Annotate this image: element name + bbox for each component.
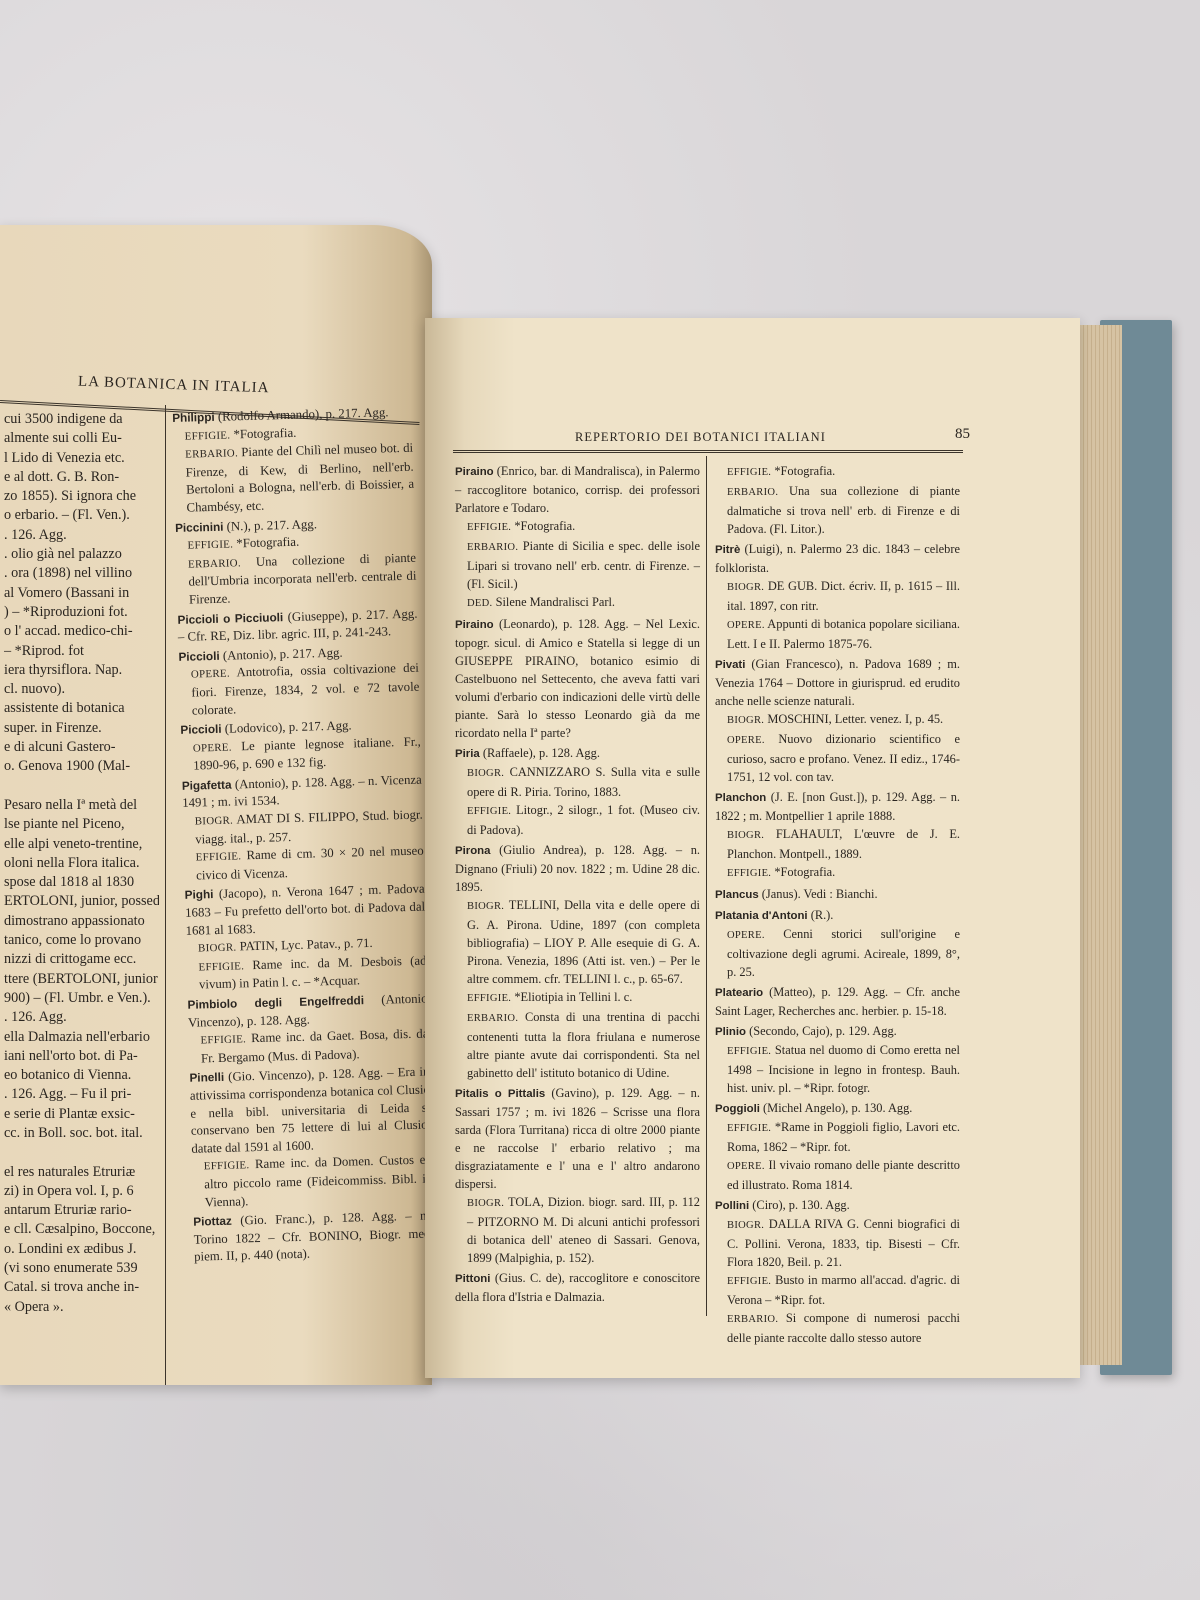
entry-subsection: EFFIGIE. Busto in marmo all'accad. d'agr…: [715, 1271, 960, 1309]
entry-name: Piccioli o Picciuoli: [177, 611, 283, 627]
entry-name: Piccioli: [180, 723, 222, 737]
text-line: cl. nuovo).: [4, 680, 159, 699]
text-line: ) – *Riproduzioni fot.: [4, 603, 159, 622]
entry-subsection: EFFIGIE. Rame di cm. 30 × 20 nel museo c…: [183, 843, 424, 885]
subsection-label: ERBARIO.: [188, 557, 241, 570]
bio-entry: Piraino (Leonardo), p. 128. Agg. – Nel L…: [455, 615, 700, 742]
text-line: cc. in Boll. soc. bot. ital.: [4, 1124, 159, 1143]
bio-entry: Philippi (Rodolfo Armando), p. 217. Agg.…: [172, 404, 415, 518]
entry-name: Poggioli: [715, 1103, 760, 1115]
entry-details: (Luigi), n. Palermo 23 dic. 1843 – celeb…: [715, 542, 960, 575]
entry-name: Pimbiolo degli Engelfreddi: [187, 994, 364, 1012]
bio-entry: Pittoni (Gius. C. de), raccoglitore e co…: [455, 1269, 700, 1306]
left-page: LA BOTANICA IN ITALIA cui 3500 indigene …: [0, 225, 432, 1385]
left-column-a: cui 3500 indigene daalmente sui colli Eu…: [4, 410, 159, 1317]
subsection-label: OPERE.: [191, 668, 230, 681]
text-line: e al dott. G. B. Ron-: [4, 468, 159, 487]
bio-entry: Piraino (Enrico, bar. di Mandralisca), i…: [455, 462, 700, 613]
subsection-label: EFFIGIE.: [204, 1160, 250, 1173]
subsection-label: ERBARIO.: [727, 1314, 778, 1325]
entry-name: Pollini: [715, 1200, 749, 1212]
right-column-b: EFFIGIE. *Fotografia.ERBARIO. Una sua co…: [715, 462, 960, 1349]
header-rule: [453, 450, 963, 453]
subsection-text: Rame di cm. 30 × 20 nel museo civico di …: [196, 844, 424, 883]
entry-name: Pighi: [185, 889, 214, 903]
subsection-label: EFFIGIE.: [727, 467, 771, 478]
bio-entry: Piccioli o Picciuoli (Giuseppe), p. 217.…: [177, 605, 418, 646]
bio-entry: Platania d'Antoni (R.).OPERE. Cenni stor…: [715, 906, 960, 981]
text-line: . 126. Agg.: [4, 526, 159, 545]
entry-subsection: OPERE. Cenni storici sull'origine e colt…: [715, 925, 960, 981]
subsection-label: EFFIGIE.: [727, 1123, 771, 1134]
subsection-label: DED.: [467, 598, 492, 609]
entry-subsection: OPERE. Il vivaio romano delle piante des…: [715, 1156, 960, 1194]
subsection-text: AMAT DI S. FILIPPO, Stud. biogr. viagg. …: [195, 808, 423, 847]
bio-entry: Plateario (Matteo), p. 129. Agg. – Cfr. …: [715, 983, 960, 1020]
text-line: ttere (BERTOLONI, junior: [4, 970, 159, 989]
entry-details: (Gius. C. de), raccoglitore e conoscitor…: [455, 1271, 700, 1304]
entry-subsection: BIOGR. DE GUB. Dict. écriv. II, p. 1615 …: [715, 577, 960, 615]
text-line: [4, 1143, 159, 1162]
entry-name: Pinelli: [189, 1071, 224, 1085]
entry-details: (Leonardo), p. 128. Agg. – Nel Lexic. to…: [455, 617, 700, 740]
text-line: o erbario. – (Fl. Ven.).: [4, 506, 159, 525]
subsection-label: BIOGR.: [727, 715, 764, 726]
bio-entry: Plancus (Janus). Vedi : Bianchi.: [715, 885, 960, 904]
entry-subsection: ERBARIO. Piante di Sicilia e spec. delle…: [455, 537, 700, 593]
bio-entry: Pollini (Ciro), p. 130. Agg.BIOGR. DALLA…: [715, 1196, 960, 1347]
entry-subsection: ERBARIO. Una collezione di piante dell'U…: [176, 549, 417, 609]
subsection-label: EFFIGIE.: [727, 1276, 771, 1287]
entry-details: (R.).: [811, 908, 834, 922]
text-line: cui 3500 indigene da: [4, 410, 159, 429]
text-line: iani nell'orto bot. di Pa-: [4, 1047, 159, 1066]
entry-name: Pivati: [715, 659, 745, 671]
subsection-text: PATIN, Lyc. Patav., p. 71.: [239, 936, 372, 953]
entry-subsection: ERBARIO. Consta di una trentina di pacch…: [455, 1008, 700, 1082]
entry-subsection: BIOGR. TOLA, Dizion. biogr. sard. III, p…: [455, 1193, 700, 1267]
subsection-label: BIOGR.: [467, 901, 504, 912]
bio-entry: Piccinini (N.), p. 217. Agg.EFFIGIE. *Fo…: [175, 513, 417, 609]
subsection-label: ERBARIO.: [467, 1013, 518, 1024]
text-line: . ora (1898) nel villino: [4, 564, 159, 583]
text-line: nizzi di crittogame ecc.: [4, 950, 159, 969]
entry-subsection: BIOGR. CANNIZZARO S. Sulla vita e sulle …: [455, 763, 700, 801]
entry-details: (Gio. Vincenzo), p. 128. Agg. – Era in a…: [190, 1065, 431, 1156]
subsection-label: EFFIGIE.: [727, 1046, 771, 1057]
entry-subsection: OPERE. Le piante legnose italiane. Fr., …: [181, 733, 422, 775]
subsection-label: OPERE.: [727, 620, 765, 631]
subsection-label: OPERE.: [727, 1161, 765, 1172]
bio-entry: Piottaz (Gio. Franc.), p. 128. Agg. – m.…: [193, 1208, 432, 1267]
subsection-label: EFFIGIE.: [187, 539, 233, 552]
entry-name: Piccioli: [178, 650, 220, 664]
entry-name: Pitalis o Pittalis: [455, 1088, 545, 1100]
entry-subsection: EFFIGIE. Litogr., 2 silogr., 1 fot. (Mus…: [455, 801, 700, 839]
text-line: . 126. Agg.: [4, 1008, 159, 1027]
entry-subsection: DED. Silene Mandralisci Parl.: [455, 593, 700, 613]
entry-details: (Gian Francesco), n. Padova 1689 ; m. Ve…: [715, 657, 960, 708]
subsection-text: *Fotografia.: [514, 519, 575, 533]
text-line: elle alpi veneto-trentine,: [4, 835, 159, 854]
text-line: tanico, come lo provano: [4, 931, 159, 950]
entry-subsection: ERBARIO. Piante del Chilì nel museo bot.…: [173, 440, 415, 518]
text-line: antarum Etruriæ rario-: [4, 1201, 159, 1220]
entry-name: Philippi: [172, 411, 215, 425]
text-line: (vi sono enumerate 539: [4, 1259, 159, 1278]
subsection-label: BIOGR.: [198, 942, 237, 955]
entry-name: Plinio: [715, 1026, 746, 1038]
text-line: zi) in Opera vol. I, p. 6: [4, 1182, 159, 1201]
entry-name: Piccinini: [175, 520, 224, 534]
entry-subsection: BIOGR. AMAT DI S. FILIPPO, Stud. biogr. …: [183, 807, 424, 849]
entry-subsection: OPERE. Antotrofia, ossia coltivazione de…: [179, 660, 420, 720]
bio-entry: Pinelli (Gio. Vincenzo), p. 128. Agg. – …: [189, 1064, 432, 1212]
text-line: al Vomero (Bassani in: [4, 584, 159, 603]
text-line: e di alcuni Gastero-: [4, 738, 159, 757]
entry-details: (Jacopo), n. Verona 1647 ; m. Padova 168…: [185, 882, 425, 937]
entry-details: (Giulio Andrea), p. 128. Agg. – n. Digna…: [455, 843, 700, 894]
bio-entry: Pimbiolo degli Engelfreddi (Antonio Vinc…: [187, 991, 429, 1069]
entry-details: (Michel Angelo), p. 130. Agg.: [763, 1101, 912, 1115]
subsection-label: BIOGR.: [467, 1198, 504, 1209]
subsection-label: OPERE.: [727, 930, 765, 941]
column-divider: [706, 456, 707, 1316]
text-line: o. Londini ex ædibus J.: [4, 1240, 159, 1259]
entry-subsection: EFFIGIE. Rame inc. da Gaet. Bosa, dis. d…: [188, 1026, 429, 1068]
subsection-text: *Fotografia.: [774, 865, 835, 879]
bio-entry: Pirona (Giulio Andrea), p. 128. Agg. – n…: [455, 841, 700, 1082]
subsection-text: Rame inc. da Gaet. Bosa, dis. da Fr. Ber…: [201, 1027, 429, 1066]
subsection-text: MOSCHINI, Letter. venez. I, p. 45.: [767, 712, 943, 726]
subsection-text: Silene Mandralisci Parl.: [496, 595, 615, 609]
subsection-label: EFFIGIE.: [200, 1033, 246, 1046]
subsection-label: OPERE.: [727, 735, 765, 746]
entry-details: (Raffaele), p. 128. Agg.: [483, 746, 600, 760]
entry-name: Platania d'Antoni: [715, 910, 808, 922]
subsection-label: ERBARIO.: [727, 487, 778, 498]
bio-entry: Pivati (Gian Francesco), n. Padova 1689 …: [715, 655, 960, 786]
left-column-b: Philippi (Rodolfo Armando), p. 217. Agg.…: [172, 404, 432, 1269]
subsection-label: EFFIGIE.: [727, 868, 771, 879]
text-line: lse piante nel Piceno,: [4, 815, 159, 834]
column-divider: [165, 405, 166, 1385]
subsection-label: EFFIGIE.: [467, 806, 511, 817]
subsection-label: EFFIGIE.: [467, 993, 511, 1004]
entry-subsection: EFFIGIE. *Fotografia.: [715, 863, 960, 883]
text-line: . 126. Agg. – Fu il pri-: [4, 1085, 159, 1104]
entry-subsection: OPERE. Appunti di botanica popolare sici…: [715, 615, 960, 653]
running-head-left: LA BOTANICA IN ITALIA: [78, 374, 270, 398]
right-column-a: Piraino (Enrico, bar. di Mandralisca), i…: [455, 462, 700, 1308]
entry-details: (Rodolfo Armando), p. 217. Agg.: [218, 405, 389, 423]
entry-subsection: EFFIGIE. Rame inc. da Domen. Custos ed a…: [192, 1152, 432, 1212]
bio-entry: EFFIGIE. *Fotografia.ERBARIO. Una sua co…: [715, 462, 960, 538]
text-line: iera thyrsiflora. Nap.: [4, 661, 159, 680]
subsection-label: EFFIGIE.: [196, 851, 242, 864]
entry-subsection: EFFIGIE. Rame inc. da M. Desbois (ad viv…: [186, 952, 427, 994]
text-line: eo botanico di Vienna.: [4, 1066, 159, 1085]
entry-subsection: OPERE. Nuovo dizionario scientifico e cu…: [715, 730, 960, 786]
entry-subsection: BIOGR. DALLA RIVA G. Cenni biografici di…: [715, 1215, 960, 1271]
subsection-label: EFFIGIE.: [467, 522, 511, 533]
entry-details: (Secondo, Cajo), p. 129. Agg.: [749, 1024, 897, 1038]
entry-subsection: BIOGR. FLAHAULT, L'œuvre de J. E. Planch…: [715, 825, 960, 863]
entry-subsection: EFFIGIE. *Rame in Poggioli figlio, Lavor…: [715, 1118, 960, 1156]
bio-entry: Piria (Raffaele), p. 128. Agg.BIOGR. CAN…: [455, 744, 700, 839]
entry-details: (N.), p. 217. Agg.: [226, 517, 317, 533]
bio-entry: Pighi (Jacopo), n. Verona 1647 ; m. Pado…: [184, 881, 427, 995]
text-line: oloni nella Flora italica.: [4, 854, 159, 873]
entry-name: Piraino: [455, 619, 494, 631]
right-page: REPERTORIO DEI BOTANICI ITALIANI 85 Pira…: [425, 318, 1080, 1378]
subsection-label: ERBARIO.: [185, 447, 238, 460]
entry-name: Plateario: [715, 987, 763, 999]
text-line: Pesaro nella Iª metà del: [4, 796, 159, 815]
entry-subsection: EFFIGIE. *Fotografia.: [455, 517, 700, 537]
text-line: o. Genova 1900 (Mal-: [4, 757, 159, 776]
entry-name: Pigafetta: [182, 778, 232, 792]
entry-subsection: EFFIGIE. *Eliotipia in Tellini l. c.: [455, 988, 700, 1008]
entry-name: Piottaz: [193, 1215, 232, 1229]
entry-subsection: BIOGR. MOSCHINI, Letter. venez. I, p. 45…: [715, 710, 960, 730]
entry-subsection: BIOGR. TELLINI, Della vita e delle opere…: [455, 896, 700, 988]
text-line: super. in Firenze.: [4, 719, 159, 738]
text-line: ella Dalmazia nell'erbario: [4, 1028, 159, 1047]
entry-details: (Antonio), p. 217. Agg.: [223, 645, 343, 662]
text-line: o l' accad. medico-chi-: [4, 622, 159, 641]
subsection-label: BIOGR.: [727, 1220, 764, 1231]
text-line: [4, 777, 159, 796]
text-line: assistente di botanica: [4, 699, 159, 718]
text-line: Catal. si trova anche in-: [4, 1278, 159, 1297]
bio-entry: Pitalis o Pittalis (Gavino), p. 129. Agg…: [455, 1084, 700, 1267]
subsection-label: OPERE.: [193, 741, 232, 754]
entry-details: (Gavino), p. 129. Agg. – n. Sassari 1757…: [455, 1086, 700, 1191]
entry-details: (Ciro), p. 130. Agg.: [752, 1198, 849, 1212]
subsection-text: *Eliotipia in Tellini l. c.: [514, 990, 632, 1004]
entry-details: (Janus). Vedi : Bianchi.: [762, 887, 878, 901]
subsection-text: Rame inc. da M. Desbois (ad vivum) in Pa…: [199, 953, 427, 992]
entry-details: (Lodovico), p. 217. Agg.: [225, 719, 352, 736]
subsection-label: BIOGR.: [727, 582, 764, 593]
entry-name: Pitrè: [715, 544, 740, 556]
entry-name: Piraino: [455, 466, 494, 478]
text-line: spose dal 1818 al 1830: [4, 873, 159, 892]
text-line: l Lido di Venezia etc.: [4, 449, 159, 468]
bio-entry: Poggioli (Michel Angelo), p. 130. Agg.EF…: [715, 1099, 960, 1194]
bio-entry: Planchon (J. E. [non Gust.]), p. 129. Ag…: [715, 788, 960, 883]
page-number: 85: [955, 426, 970, 443]
entry-subsection: EFFIGIE. Statua nel duomo di Como eretta…: [715, 1041, 960, 1097]
entry-subsection: EFFIGIE. *Fotografia.: [715, 462, 960, 482]
subsection-text: *Fotografia.: [774, 464, 835, 478]
bio-entry: Piccioli (Lodovico), p. 217. Agg.OPERE. …: [180, 716, 421, 776]
entry-name: Pittoni: [455, 1273, 490, 1285]
text-line: 900) – (Fl. Umbr. e Ven.).: [4, 989, 159, 1008]
subsection-text: *Fotografia.: [233, 425, 296, 441]
text-line: . olio già nel palazzo: [4, 545, 159, 564]
subsection-label: EFFIGIE.: [198, 960, 244, 973]
text-line: almente sui colli Eu-: [4, 429, 159, 448]
subsection-label: BIOGR.: [195, 815, 234, 828]
running-head-right: REPERTORIO DEI BOTANICI ITALIANI: [575, 430, 826, 445]
entry-subsection: ERBARIO. Si compone di numerosi pacchi d…: [715, 1309, 960, 1347]
subsection-label: BIOGR.: [467, 768, 504, 779]
text-line: dimostrano appassionato: [4, 912, 159, 931]
subsection-label: BIOGR.: [727, 830, 764, 841]
text-line: zo 1855). Si ignora che: [4, 487, 159, 506]
bio-entry: Pitrè (Luigi), n. Palermo 23 dic. 1843 –…: [715, 540, 960, 653]
bio-entry: Pigafetta (Antonio), p. 128. Agg. – n. V…: [182, 771, 425, 885]
entry-name: Plancus: [715, 889, 759, 901]
text-line: – *Riprod. fot: [4, 642, 159, 661]
entry-name: Planchon: [715, 792, 766, 804]
subsection-label: EFFIGIE.: [185, 429, 231, 442]
text-line: ERTOLONI, junior, possede: [4, 892, 159, 911]
subsection-label: ERBARIO.: [467, 542, 518, 553]
entry-subsection: ERBARIO. Una sua collezione di piante da…: [715, 482, 960, 538]
bio-entry: Piccioli (Antonio), p. 217. Agg.OPERE. A…: [178, 642, 420, 720]
text-line: « Opera ».: [4, 1298, 159, 1317]
entry-name: Piria: [455, 748, 480, 760]
entry-name: Pirona: [455, 845, 490, 857]
subsection-text: *Fotografia.: [236, 535, 299, 551]
text-line: el res naturales Etruriæ: [4, 1163, 159, 1182]
bio-entry: Plinio (Secondo, Cajo), p. 129. Agg.EFFI…: [715, 1022, 960, 1097]
text-line: e cll. Cæsalpino, Boccone,: [4, 1220, 159, 1239]
text-line: e serie di Plantæ exsic-: [4, 1105, 159, 1124]
